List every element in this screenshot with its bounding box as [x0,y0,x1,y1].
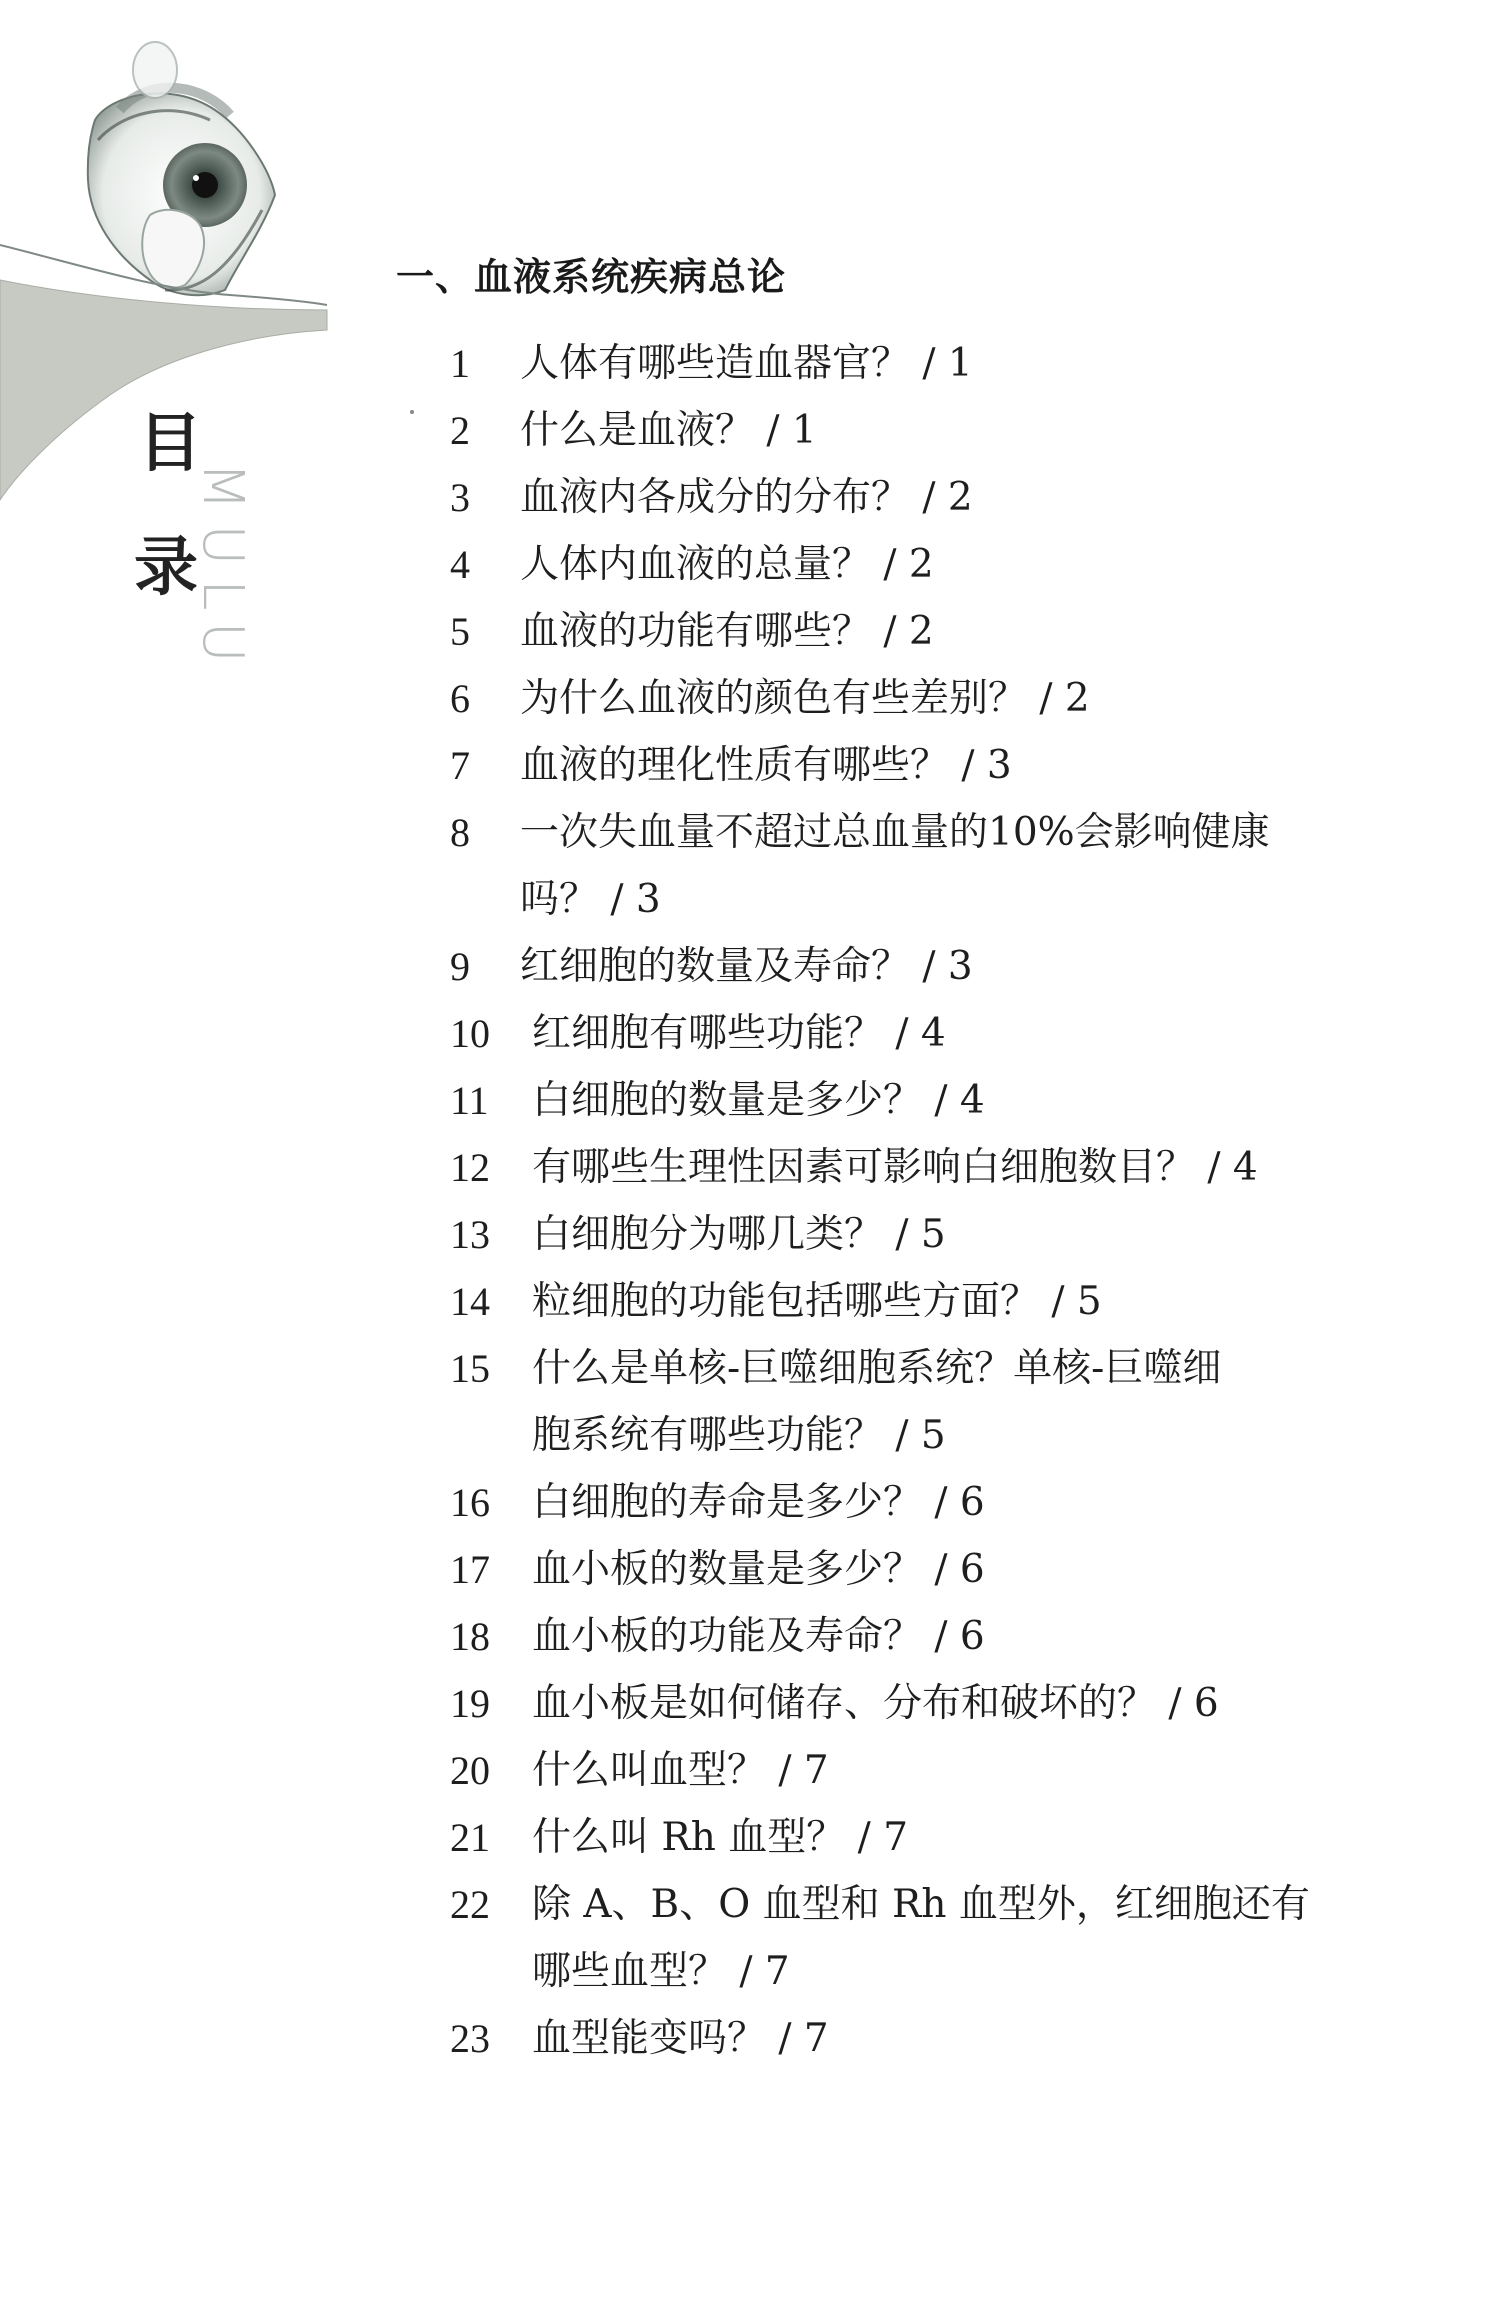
toc-entry-text[interactable]: 什么是血液？ / 1 [520,397,817,464]
toc-entry-line: 16白细胞的寿命是多少？ / 6 [450,1469,1350,1536]
toc-entry-text[interactable]: 血液的功能有哪些？ / 2 [520,598,934,665]
toc-entry-line: 13白细胞分为哪几类？ / 5 [450,1201,1350,1268]
eye-illustration [0,0,340,620]
toc-entry-text[interactable]: 血小板是如何储存、分布和破坏的？ / 6 [532,1670,1219,1737]
toc-entry-line: 17血小板的数量是多少？ / 6 [450,1536,1350,1603]
toc-entry-text[interactable]: 人体内血液的总量？ / 2 [520,531,934,598]
toc-entry-number: 14 [450,1268,532,1335]
toc-entry-line: 5血液的功能有哪些？ / 2 [450,598,1350,665]
toc-entry[interactable]: 6为什么血液的颜色有些差别？ / 2 [450,665,1350,732]
toc-title-char-lu: 录 [134,536,198,600]
section-title: 一、血液系统疾病总论 [396,246,786,301]
toc-entry-number: 15 [450,1335,532,1402]
toc-entry-line: 15什么是单核-巨噬细胞系统？单核-巨噬细 [450,1335,1350,1402]
toc-entry-text[interactable]: 哪些血型？ / 7 [532,1938,790,2005]
toc-entry-line: 22除 A、B、O 血型和 Rh 血型外，红细胞还有 [450,1871,1350,1938]
toc-entry-line: 12有哪些生理性因素可影响白细胞数目？ / 4 [450,1134,1350,1201]
toc-entry[interactable]: 23血型能变吗？ / 7 [450,2005,1350,2072]
toc-entry[interactable]: 15什么是单核-巨噬细胞系统？单核-巨噬细胞系统有哪些功能？ / 5 [450,1335,1350,1469]
toc-entry[interactable]: 11白细胞的数量是多少？ / 4 [450,1067,1350,1134]
toc-entry-text[interactable]: 白细胞分为哪几类？ / 5 [532,1201,946,1268]
toc-entry-text[interactable]: 一次失血量不超过总血量的10%会影响健康 [520,799,1270,866]
toc-entry-text[interactable]: 红细胞的数量及寿命？ / 3 [520,933,973,1000]
toc-entry-line: 11白细胞的数量是多少？ / 4 [450,1067,1350,1134]
toc-entry-continuation: 胞系统有哪些功能？ / 5 [450,1402,1350,1469]
toc-entry-number: 11 [450,1067,532,1134]
toc-entry-line: 18血小板的功能及寿命？ / 6 [450,1603,1350,1670]
toc-entry-line: 20什么叫血型？ / 7 [450,1737,1350,1804]
toc-entry[interactable]: 21什么叫 Rh 血型？ / 7 [450,1804,1350,1871]
toc-entry-number: 12 [450,1134,532,1201]
toc-entry-line: 9红细胞的数量及寿命？ / 3 [450,933,1350,1000]
toc-entry[interactable]: 5血液的功能有哪些？ / 2 [450,598,1350,665]
toc-entry-number: 10 [450,1000,532,1067]
toc-entry-line: 4人体内血液的总量？ / 2 [450,531,1350,598]
toc-entry-number: 3 [450,464,520,531]
toc-entry-number: 21 [450,1804,532,1871]
toc-entry[interactable]: 16白细胞的寿命是多少？ / 6 [450,1469,1350,1536]
toc-entry[interactable]: 9红细胞的数量及寿命？ / 3 [450,933,1350,1000]
toc-entry[interactable]: 10红细胞有哪些功能？ / 4 [450,1000,1350,1067]
toc-entry-text[interactable]: 白细胞的寿命是多少？ / 6 [532,1469,985,1536]
toc-entry[interactable]: 1人体有哪些造血器官？ / 1 [450,330,1350,397]
toc-entry[interactable]: 13白细胞分为哪几类？ / 5 [450,1201,1350,1268]
scan-speck [410,410,414,414]
toc-entry-number: 19 [450,1670,532,1737]
toc-entry-number: 1 [450,330,520,397]
toc-entry-number: 7 [450,732,520,799]
toc-entry-text[interactable]: 红细胞有哪些功能？ / 4 [532,1000,946,1067]
toc-entry[interactable]: 3血液内各成分的分布？ / 2 [450,464,1350,531]
toc-pinyin-label: MULU [194,462,250,677]
toc-entry[interactable]: 2什么是血液？ / 1 [450,397,1350,464]
toc-entry-number: 16 [450,1469,532,1536]
toc-entry-text[interactable]: 胞系统有哪些功能？ / 5 [532,1402,946,1469]
toc-entry-number: 22 [450,1871,532,1938]
toc-entry-continuation: 哪些血型？ / 7 [450,1938,1350,2005]
toc-entry-line: 10红细胞有哪些功能？ / 4 [450,1000,1350,1067]
toc-entry-text[interactable]: 血型能变吗？ / 7 [532,2005,829,2072]
toc-entry[interactable]: 4人体内血液的总量？ / 2 [450,531,1350,598]
toc-entry[interactable]: 7血液的理化性质有哪些？ / 3 [450,732,1350,799]
toc-entry[interactable]: 18血小板的功能及寿命？ / 6 [450,1603,1350,1670]
toc-entry-text[interactable]: 血液的理化性质有哪些？ / 3 [520,732,1012,799]
toc-entry[interactable]: 19血小板是如何储存、分布和破坏的？ / 6 [450,1670,1350,1737]
toc-entry[interactable]: 8一次失血量不超过总血量的10%会影响健康吗？ / 3 [450,799,1350,933]
toc-entry-line: 14粒细胞的功能包括哪些方面？ / 5 [450,1268,1350,1335]
toc-entry-number: 4 [450,531,520,598]
toc-entry-text[interactable]: 为什么血液的颜色有些差别？ / 2 [520,665,1090,732]
toc-entry-number: 18 [450,1603,532,1670]
toc-entry-line: 19血小板是如何储存、分布和破坏的？ / 6 [450,1670,1350,1737]
toc-entry-number: 23 [450,2005,532,2072]
toc-entry-line: 2什么是血液？ / 1 [450,397,1350,464]
toc-entry-text[interactable]: 白细胞的数量是多少？ / 4 [532,1067,985,1134]
toc-entry-text[interactable]: 血液内各成分的分布？ / 2 [520,464,973,531]
toc-entry-line: 7血液的理化性质有哪些？ / 3 [450,732,1350,799]
toc-entry-text[interactable]: 吗？ / 3 [520,866,661,933]
toc-entry-number: 6 [450,665,520,732]
toc-entry-line: 6为什么血液的颜色有些差别？ / 2 [450,665,1350,732]
toc-entry-text[interactable]: 粒细胞的功能包括哪些方面？ / 5 [532,1268,1102,1335]
toc-entry-text[interactable]: 什么是单核-巨噬细胞系统？单核-巨噬细 [532,1335,1221,1402]
toc-entry[interactable]: 17血小板的数量是多少？ / 6 [450,1536,1350,1603]
toc-entry-text[interactable]: 有哪些生理性因素可影响白细胞数目？ / 4 [532,1134,1258,1201]
toc-entry-line: 3血液内各成分的分布？ / 2 [450,464,1350,531]
toc-entry-text[interactable]: 血小板的数量是多少？ / 6 [532,1536,985,1603]
toc-entry-number: 5 [450,598,520,665]
toc-entry-line: 8一次失血量不超过总血量的10%会影响健康 [450,799,1350,866]
toc-entry-line: 21什么叫 Rh 血型？ / 7 [450,1804,1350,1871]
toc-entry-text[interactable]: 血小板的功能及寿命？ / 6 [532,1603,985,1670]
toc-entry[interactable]: 12有哪些生理性因素可影响白细胞数目？ / 4 [450,1134,1350,1201]
toc-entry-number: 2 [450,397,520,464]
toc-entry-text[interactable]: 人体有哪些造血器官？ / 1 [520,330,973,397]
toc-entry-text[interactable]: 除 A、B、O 血型和 Rh 血型外，红细胞还有 [532,1871,1310,1938]
toc-entry-continuation: 吗？ / 3 [450,866,1350,933]
toc-entry-number: 17 [450,1536,532,1603]
toc-entry[interactable]: 20什么叫血型？ / 7 [450,1737,1350,1804]
toc-entry[interactable]: 22除 A、B、O 血型和 Rh 血型外，红细胞还有哪些血型？ / 7 [450,1871,1350,2005]
toc-entry-line: 23血型能变吗？ / 7 [450,2005,1350,2072]
toc-entry-line: 1人体有哪些造血器官？ / 1 [450,330,1350,397]
toc-entry-text[interactable]: 什么叫血型？ / 7 [532,1737,829,1804]
toc-entry-text[interactable]: 什么叫 Rh 血型？ / 7 [532,1804,908,1871]
toc-list: 1人体有哪些造血器官？ / 12什么是血液？ / 13血液内各成分的分布？ / … [450,330,1350,2072]
toc-entry[interactable]: 14粒细胞的功能包括哪些方面？ / 5 [450,1268,1350,1335]
toc-entry-number: 9 [450,933,520,1000]
toc-entry-number: 13 [450,1201,532,1268]
toc-entry-number: 20 [450,1737,532,1804]
toc-entry-number: 8 [450,799,520,866]
